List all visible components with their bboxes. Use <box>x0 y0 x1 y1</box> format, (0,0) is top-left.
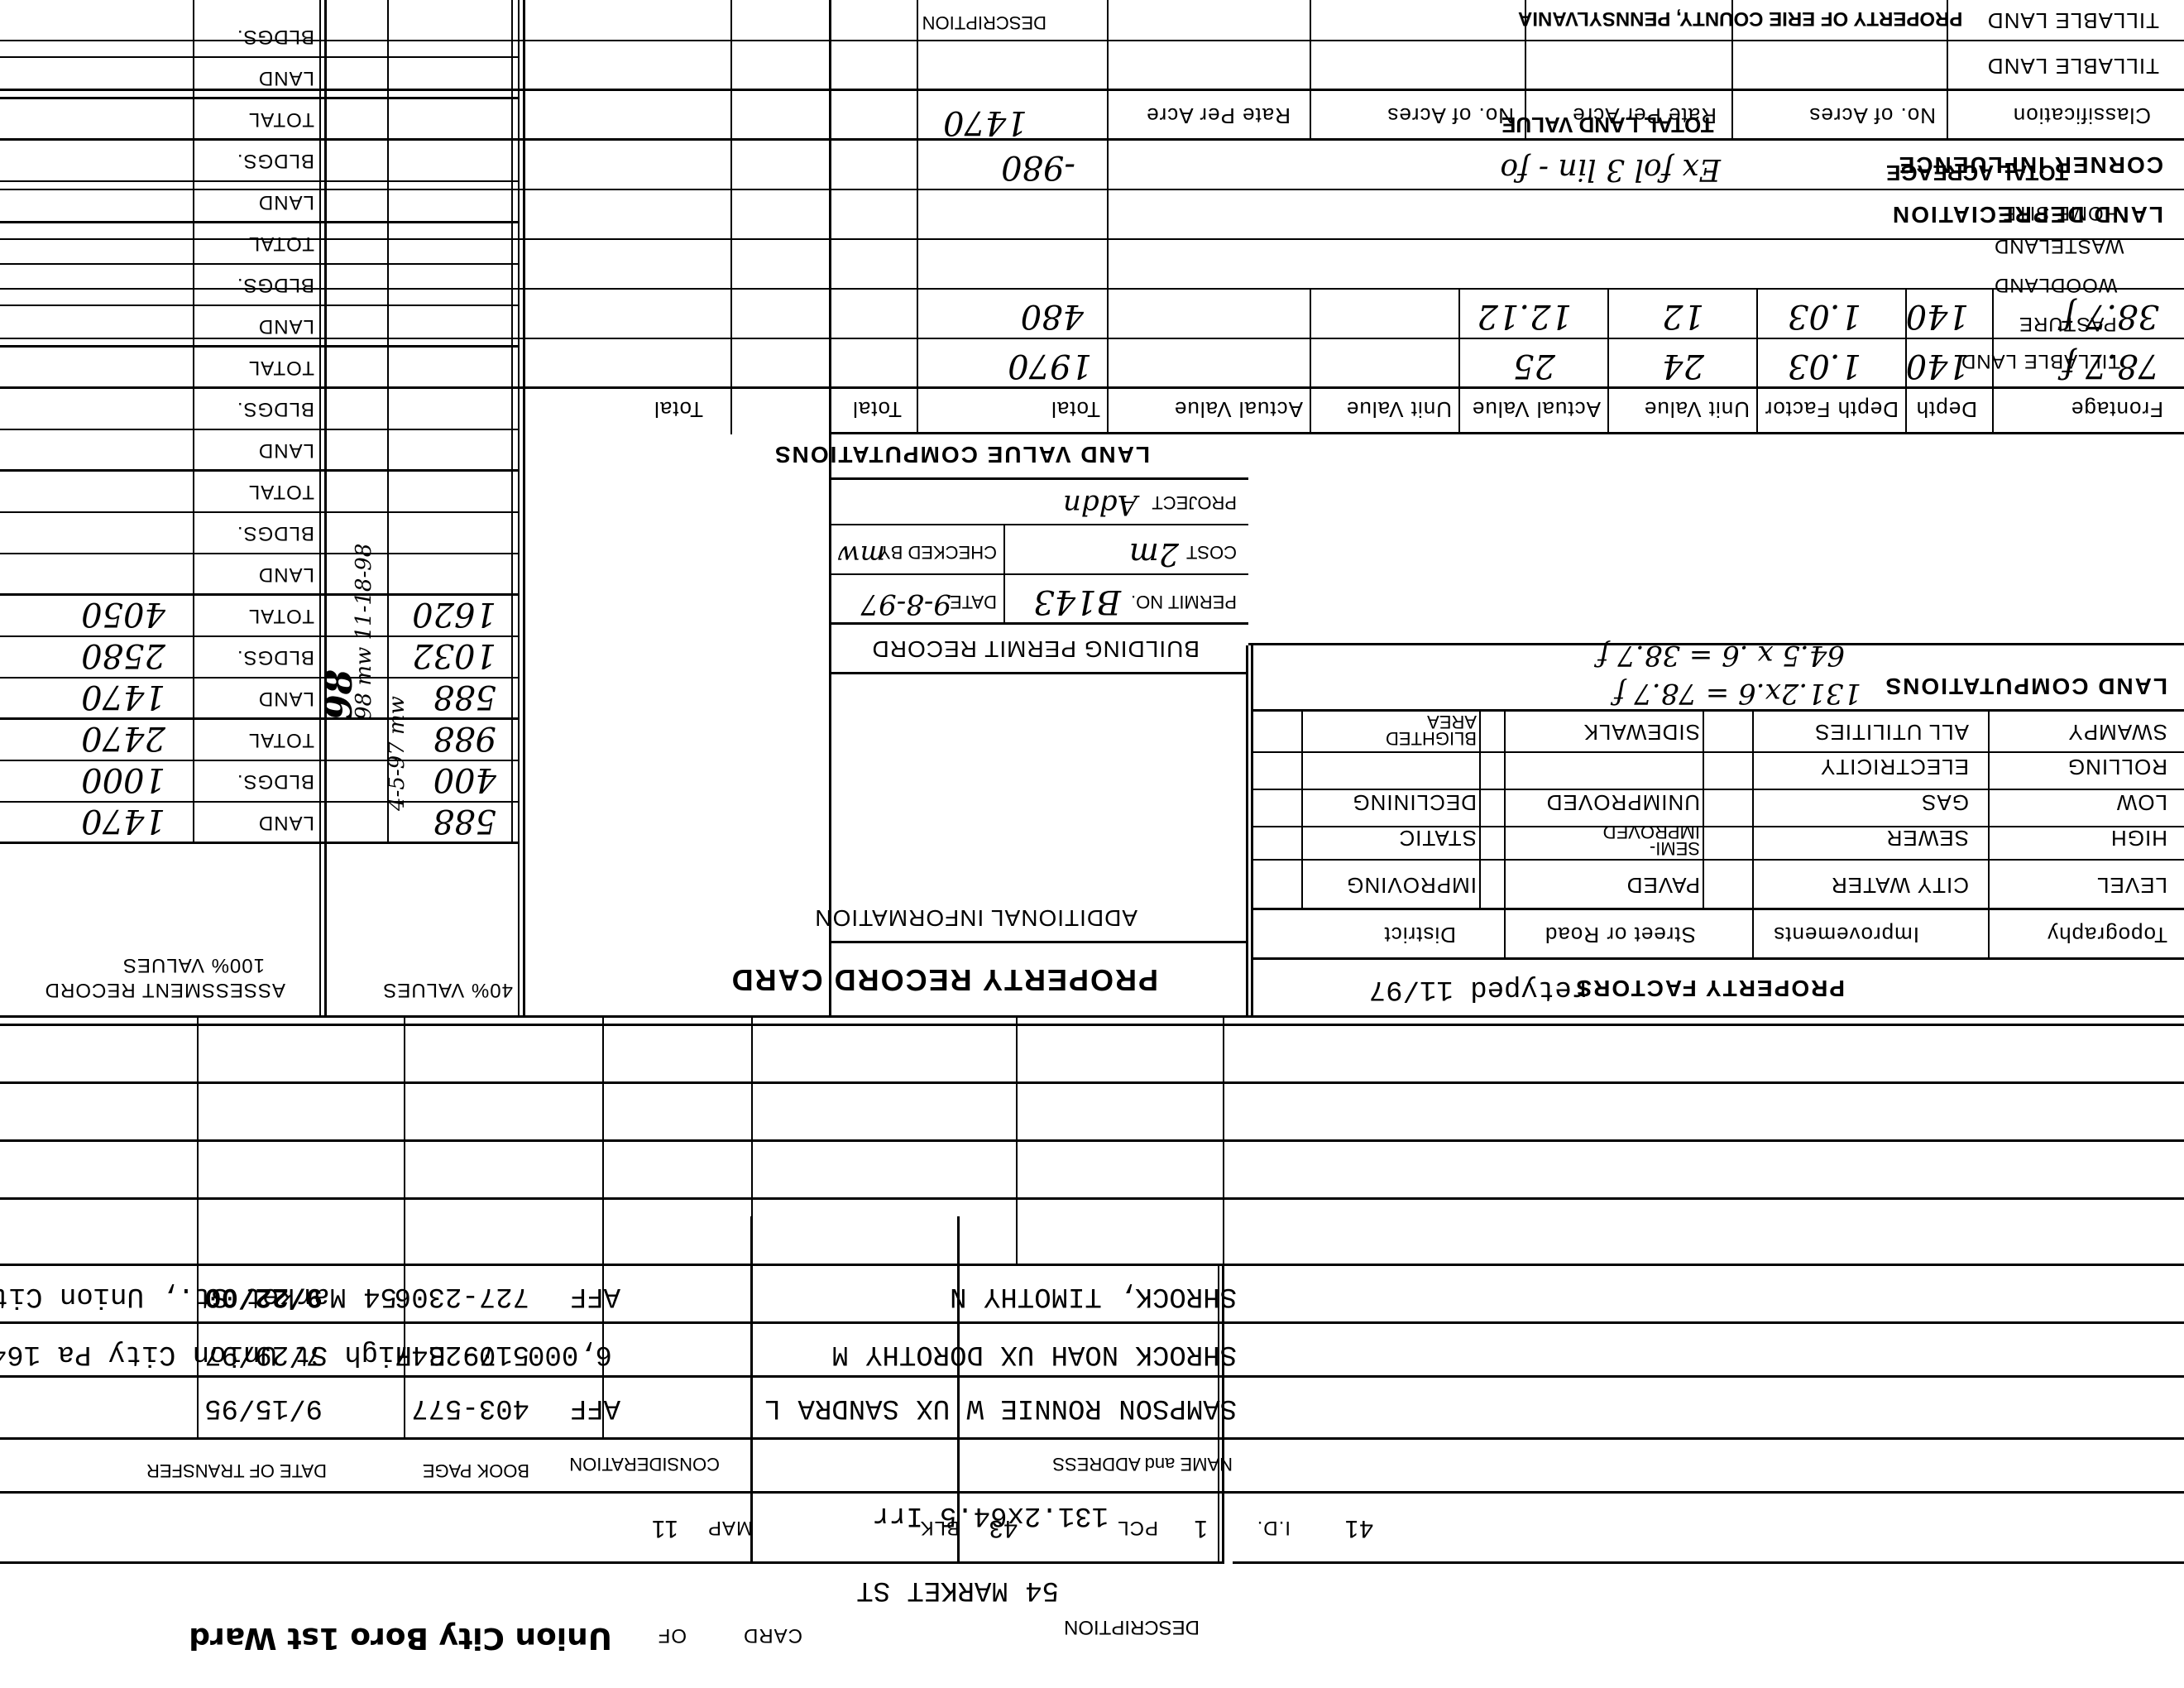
property-factors-title: PROPERTY FACTORS <box>1574 975 1845 1001</box>
woodland-label-wrap: WOODLAND <box>1994 273 2117 296</box>
acreage-row-tillable-2: TILLABLE LAND <box>1987 7 2159 33</box>
retyped-note: retyped 11/97 <box>1369 973 1588 1005</box>
street-header: Street or Road <box>1545 922 1696 947</box>
forty-bldgs-value: 1032 <box>412 636 496 674</box>
acreage-row-pasture: PASTURE <box>2019 313 2117 335</box>
total-header-2: Total <box>852 396 902 422</box>
assessment-row-total: TOTAL <box>248 356 314 379</box>
map-label: MAP <box>707 1516 753 1539</box>
pcl-number: 1 <box>1193 1514 1208 1542</box>
assessment-row-land: LAND <box>258 66 314 89</box>
total-header: Total <box>1051 396 1100 422</box>
assessment-row-land: LAND <box>258 439 314 462</box>
topography-header: Topography <box>2047 922 2167 947</box>
depth-factor-value: 1.03 <box>1788 297 1861 335</box>
additional-information-title: ADDITIONAL INFORMATION <box>814 904 1137 931</box>
assessment-row-land: LAND <box>258 811 314 834</box>
factor-level: LEVEL <box>2096 872 2167 898</box>
home-site-label-wrap: HOME SITE <box>2002 201 2119 224</box>
assessment-row-bldgs: BLDGS. <box>237 25 314 48</box>
factor-improving: IMPROVING <box>1346 872 1477 898</box>
pcl-label: PCL <box>1117 1516 1158 1539</box>
assessment-row-land: LAND <box>258 687 314 710</box>
map-number: 11 <box>651 1514 678 1542</box>
acreage-row-wasteland: WASTELAND <box>1994 235 2124 257</box>
assessment-bldgs-value: 1000 <box>81 760 165 798</box>
factor-semi-improved: SEMI-IMPROVED <box>1601 823 1700 856</box>
assessment-record-title: ASSESSMENT RECORD <box>45 978 285 1001</box>
transfer-date: 9/15/95 <box>204 1392 323 1423</box>
permit-no-label: PERMIT NO. <box>1131 591 1237 612</box>
factor-rolling: ROLLING <box>2067 754 2167 779</box>
assessment-row-land: LAND <box>258 190 314 213</box>
factor-low: LOW <box>2116 789 2167 815</box>
total-land-value-label: TOTAL LAND VALUE <box>1501 113 1714 137</box>
name-address-header: NAME and ADDRESS <box>1052 1453 1233 1475</box>
description-label: DESCRIPTION <box>1064 1615 1200 1638</box>
factor-paved: PAVED <box>1626 872 1700 898</box>
transfer-book-page: 403-577 <box>411 1392 529 1423</box>
actual-value-header: Actual Value <box>1472 396 1601 422</box>
assessment-row-land: LAND <box>258 314 314 338</box>
factor-sewer: SEWER <box>1886 825 1969 851</box>
transfer-address: 54 Market St., Union City PA 16438 <box>0 1280 397 1312</box>
assessment-total-value: 2470 <box>81 719 165 757</box>
frontage-header: Frontage <box>2071 396 2163 422</box>
assessment-row-bldgs: BLDGS. <box>237 149 314 172</box>
property-record-card-title: PROPERTY RECORD CARD <box>730 962 1158 997</box>
book-page-header: BOOK PAGE <box>423 1460 529 1481</box>
factor-city-water: CITY WATER <box>1831 872 1969 898</box>
land-computations-title: LAND COMPUTATIONS <box>1885 673 2168 699</box>
forty-total-value: 1620 <box>412 595 496 633</box>
assessment-subtitle: 100% VALUES <box>122 953 265 976</box>
rate-header-2: Rate Per Acre <box>1146 103 1291 128</box>
land-computation-line-1: 131.2x.6 = 78.7 f <box>1615 677 1861 710</box>
forty-bldgs-value: 400 <box>433 760 496 798</box>
factor-electricity: ELECTRICITY <box>1820 754 1969 779</box>
forty-total-value: 988 <box>433 719 496 757</box>
permit-date-label: DATE <box>950 591 997 612</box>
project-label: PROJECT <box>1152 492 1237 513</box>
project-value: Addn <box>1063 488 1137 521</box>
depth-value: 140 <box>1906 347 1969 385</box>
county-name: PROPERTY OF ERIE COUNTY, PENNSYLVANIA <box>1518 7 1962 30</box>
acreage-row-home-site: HOME SITE <box>2002 202 2119 224</box>
corner-influence-value: -980 <box>1001 148 1075 186</box>
total-acreage-label: TOTAL ACREAGE <box>1886 161 2068 185</box>
card-description-label: DESCRIPTION <box>922 12 1046 33</box>
consideration-header: CONSIDERATION <box>569 1453 720 1475</box>
assessment-row-land: LAND <box>258 563 314 586</box>
assessment-row-bldgs: BLDGS. <box>237 770 314 793</box>
card-label: CARD <box>743 1623 802 1647</box>
total-value: 480 <box>1021 297 1084 335</box>
municipality-name: Union City Boro 1st Ward <box>189 1621 612 1655</box>
total-land-value-amount-wrap: 1470 <box>943 103 1027 141</box>
classification-header: Classification <box>2013 103 2151 128</box>
assessment-row-total: TOTAL <box>248 728 314 751</box>
depth-factor-value: 1.03 <box>1788 347 1861 385</box>
forty-land-value: 588 <box>433 678 496 716</box>
assessment-row-bldgs: BLDGS. <box>237 273 314 296</box>
total-land-value-label-wrap: TOTAL LAND VALUE <box>1501 112 1714 137</box>
total-value: 1970 <box>1008 347 1092 385</box>
factor-unimproved: UNIMPROVED <box>1546 789 1700 815</box>
acreage-row-tillable-3: TILLABLE LAND <box>1961 350 2120 372</box>
transfer-name: SHROCK, TIMOTHY N <box>950 1280 1237 1312</box>
date-of-transfer-header: DATE OF TRANSFER <box>146 1460 327 1481</box>
acres-header-2: No. of Acres <box>1387 103 1514 128</box>
factor-blighted-area: BLIGHTED AREA <box>1377 713 1477 746</box>
factor-swampy: SWAMPY <box>2067 719 2167 745</box>
improvements-header: Improvements <box>1773 922 1919 947</box>
assessment-row-total: TOTAL <box>248 108 314 131</box>
depth-value: 140 <box>1906 297 1969 335</box>
forty-land-value: 588 <box>433 802 496 840</box>
assessment-total-value: 4050 <box>81 595 165 633</box>
assessment-row-total: TOTAL <box>248 604 314 627</box>
district-header: District <box>1384 922 1456 947</box>
factor-gas: GAS <box>1921 789 1969 815</box>
county-label-wrap: PROPERTY OF ERIE COUNTY, PENNSYLVANIA <box>1518 7 1962 30</box>
unit-value-value: 12 <box>1662 297 1704 335</box>
total-header-3: Total <box>654 396 703 422</box>
id-label: I.D. <box>1257 1516 1291 1539</box>
transfer-consideration: 6,000 <box>528 1338 612 1369</box>
acreage-row-tillable: TILLABLE LAND <box>1987 53 2159 79</box>
description-address: 54 MARKET ST <box>856 1574 1059 1605</box>
transfer-address: 79 E High St Union City Pa 16438 <box>0 1338 496 1369</box>
permit-no-value: B143 <box>1033 583 1121 621</box>
transfer-consideration: AFF <box>570 1280 620 1312</box>
acres-header: No. of Acres <box>1808 103 1936 128</box>
depth-header: Depth <box>1916 396 1977 422</box>
checked-by-value: mw <box>837 539 885 571</box>
forty-percent-values-title: 40% VALUES <box>382 978 513 1001</box>
assessment-land-value: 1470 <box>81 802 165 840</box>
factor-sidewalk: SIDEWALK <box>1583 719 1700 745</box>
assessment-row-total: TOTAL <box>248 232 314 255</box>
land-value-computations-title: LAND VALUE COMPUTATIONS <box>773 441 1150 468</box>
unit-value-value: 24 <box>1662 347 1704 385</box>
assessment-bldgs-value: 2580 <box>81 636 165 674</box>
blk-label: BLK <box>920 1516 960 1539</box>
tillable-3-label-wrap: TILLABLE LAND <box>1961 349 2120 372</box>
cost-label: COST <box>1186 541 1237 563</box>
blk-number: 43 <box>989 1514 1018 1542</box>
total-acreage-label-wrap: TOTAL ACREAGE <box>1886 160 2068 185</box>
factor-static: STATIC <box>1398 825 1477 851</box>
checked-by-label: CHECKED BY <box>879 541 997 563</box>
of-label: OF <box>658 1623 687 1647</box>
cost-value: 2m <box>1129 536 1179 573</box>
actual-value-header-2: Actual Value <box>1174 396 1303 422</box>
id-number: 41 <box>1344 1514 1373 1542</box>
assessment-stamp: 98 <box>318 669 361 720</box>
assessment-row-total: TOTAL <box>248 480 314 503</box>
property-record-card: DESCRIPTION CARD OF Union City Boro 1st … <box>0 0 2184 1688</box>
corner-influence-note: Ex fol 3 lin - fo <box>1500 152 1721 186</box>
transfer-name: SHROCK NOAH UX DOROTHY M <box>831 1338 1237 1369</box>
actual-value-value: 25 <box>1513 347 1555 385</box>
unit-value-header: Unit Value <box>1644 396 1750 422</box>
wasteland-label-wrap: WASTELAND <box>1994 234 2124 257</box>
assessment-row-bldgs: BLDGS. <box>237 397 314 420</box>
factor-all-utilities: ALL UTILITIES <box>1814 719 1969 745</box>
assessment-land-value: 1470 <box>81 678 165 716</box>
factor-declining: DECLINING <box>1352 789 1477 815</box>
acreage-row-woodland: WOODLAND <box>1994 274 2117 296</box>
transfer-book-page: 727-2306 <box>395 1280 529 1312</box>
assessment-row-bldgs: BLDGS. <box>237 645 314 669</box>
transfer-consideration: AFF <box>570 1392 620 1423</box>
pasture-label-wrap: PASTURE <box>2019 312 2117 335</box>
depth-factor-header: Depth Factor <box>1765 396 1899 422</box>
unit-value-header-2: Unit Value <box>1346 396 1452 422</box>
factor-high: HIGH <box>2110 825 2167 851</box>
assessment-row-bldgs: BLDGS. <box>237 521 314 544</box>
total-land-value-amount: 1470 <box>943 103 1027 141</box>
actual-value-value: 12.12 <box>1477 297 1572 335</box>
permit-date-value: 9-8-97 <box>860 587 951 621</box>
forty-values-note: 4-5-97 mw <box>385 696 409 811</box>
transfer-name: SAMPSON RONNIE W UX SANDRA L <box>764 1392 1237 1423</box>
building-permit-title: BUILDING PERMIT RECORD <box>872 635 1200 662</box>
